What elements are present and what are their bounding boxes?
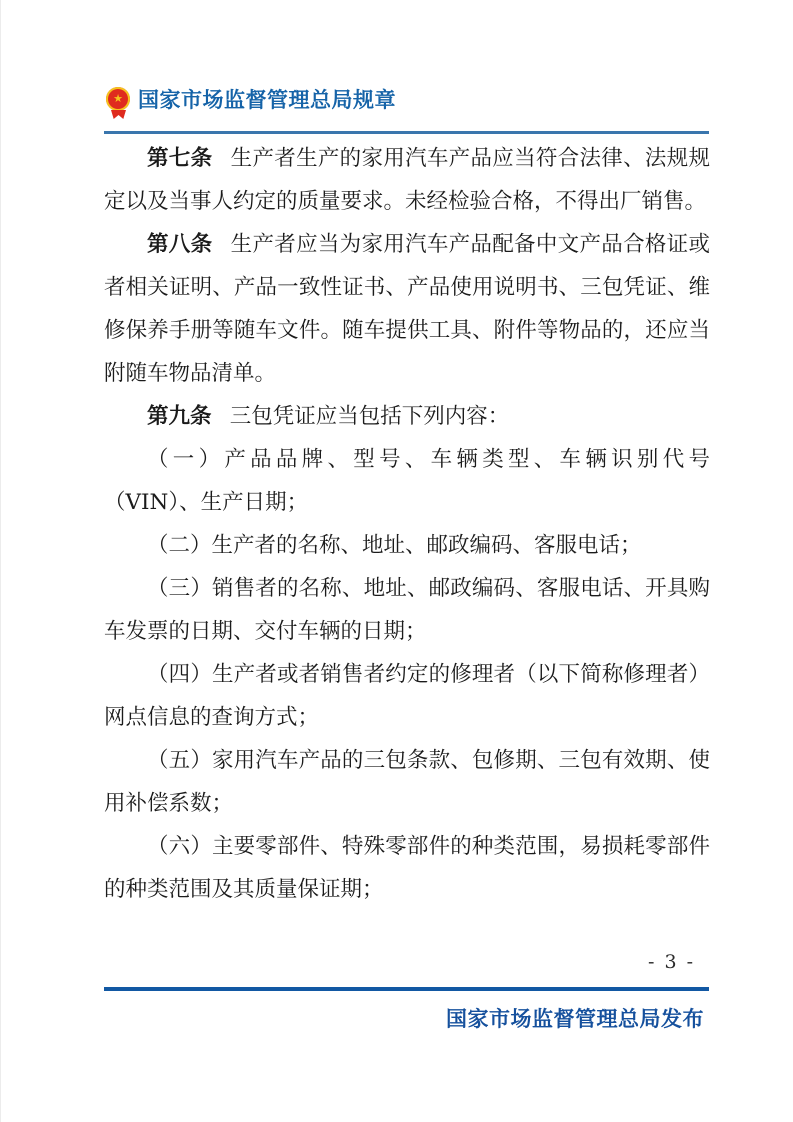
national-emblem-icon: ★ (106, 87, 132, 123)
emblem-circle: ★ (106, 87, 130, 111)
list-item-3: （三）销售者的名称、地址、邮政编码、客服电话、开具购车发票的日期、交付车辆的日期… (104, 567, 710, 653)
paragraph-text: （三）销售者的名称、地址、邮政编码、客服电话、开具购车发票的日期、交付车辆的日期… (104, 576, 710, 644)
list-item-1: （一）产品品牌、型号、车辆类型、车辆识别代号（VIN）、生产日期； (104, 438, 710, 524)
header-title: 国家市场监督管理总局规章 (138, 84, 396, 114)
article-number: 第七条 (147, 146, 212, 171)
header-rule (104, 131, 709, 134)
article-9-paragraph: 第九条三包凭证应当包括下列内容： (104, 395, 710, 438)
list-item-4: （四）生产者或者销售者约定的修理者（以下简称修理者）网点信息的查询方式； (104, 653, 710, 739)
paragraph-text: （二）生产者的名称、地址、邮政编码、客服电话； (147, 533, 642, 558)
document-body: 第七条生产者生产的家用汽车产品应当符合法律、法规规定以及当事人约定的质量要求。未… (104, 137, 710, 911)
paragraph-text: （六）主要零部件、特殊零部件的种类范围，易损耗零部件的种类范围及其质量保证期； (104, 834, 710, 902)
list-item-5: （五）家用汽车产品的三包条款、包修期、三包有效期、使用补偿系数； (104, 739, 710, 825)
publisher-line: 国家市场监督管理总局发布 (104, 1003, 704, 1033)
star-icon: ★ (113, 93, 123, 104)
document-page: ★ 国家市场监督管理总局规章 第七条生产者生产的家用汽车产品应当符合法律、法规规… (0, 0, 793, 1122)
paragraph-text: 三包凭证应当包括下列内容： (230, 404, 510, 429)
list-item-6: （六）主要零部件、特殊零部件的种类范围，易损耗零部件的种类范围及其质量保证期； (104, 825, 710, 911)
list-item-2: （二）生产者的名称、地址、邮政编码、客服电话； (104, 524, 710, 567)
paragraph-text: （四）生产者或者销售者约定的修理者（以下简称修理者）网点信息的查询方式； (104, 662, 710, 730)
paragraph-text: （一）产品品牌、型号、车辆类型、车辆识别代号（VIN）、生产日期； (104, 447, 710, 515)
footer-rule (104, 987, 709, 991)
emblem-ribbon (111, 110, 126, 119)
paragraph-text: （五）家用汽车产品的三包条款、包修期、三包有效期、使用补偿系数； (104, 748, 710, 816)
article-number: 第八条 (147, 232, 212, 257)
page-number: - 3 - (648, 951, 695, 973)
article-8-paragraph: 第八条生产者应当为家用汽车产品配备中文产品合格证或者相关证明、产品一致性证书、产… (104, 223, 710, 395)
article-number: 第九条 (147, 404, 212, 429)
article-7-paragraph: 第七条生产者生产的家用汽车产品应当符合法律、法规规定以及当事人约定的质量要求。未… (104, 137, 710, 223)
